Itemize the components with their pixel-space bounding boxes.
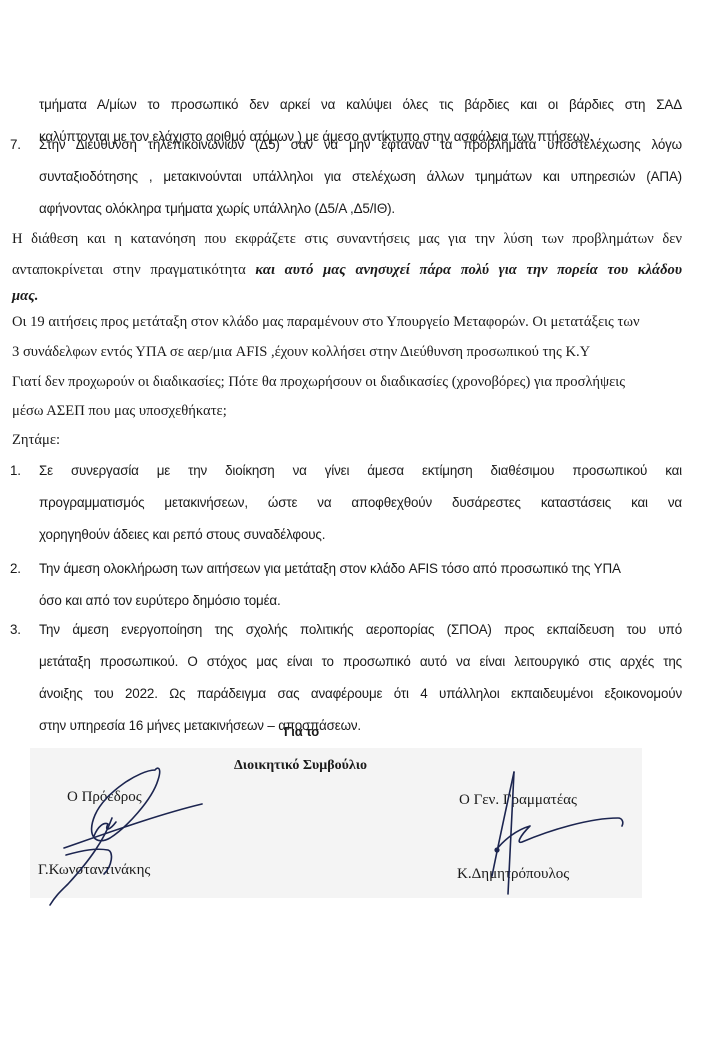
demand-line: Την άμεση ολοκλήρωση των αιτήσεων για με… <box>39 561 621 577</box>
demand-line: Την άμεση ενεργοποίηση της σχολής πολιτι… <box>39 622 682 638</box>
concern-text: ανταποκρίνεται στην πραγματικότητα <box>12 262 255 278</box>
demand-line: Σε συνεργασία με την διοίκηση να γίνει ά… <box>39 463 682 479</box>
transfers-line: Οι 19 αιτήσεις προς μετάταξη στον κλάδο … <box>12 314 640 330</box>
list-item-line: αφήνοντας ολόκληρα τμήματα χωρίς υπάλληλ… <box>39 201 395 217</box>
paragraph-line: τμήματα Α/μίων το προσωπικό δεν αρκεί να… <box>39 97 682 113</box>
list-number: 7. <box>10 137 21 152</box>
demand-line: χορηγηθούν άδειες και ρεπό στους συναδέλ… <box>39 527 325 543</box>
transfers-line: Γιατί δεν προχωρούν οι διαδικασίες; Πότε… <box>12 374 625 390</box>
demand-line: όσο και από τον ευρύτερο δημόσιο τομέα. <box>39 593 281 609</box>
president-title: Ο Πρόεδρος <box>67 789 142 805</box>
transfers-line: 3 συνάδελφων εντός ΥΠΑ σε αερ/μια AFIS ,… <box>12 344 590 360</box>
secretary-name: Κ.Δημητρόπουλος <box>457 866 569 882</box>
concern-line-end: μας. <box>12 288 38 304</box>
document-page: τμήματα Α/μίων το προσωπικό δεν αρκεί να… <box>0 0 720 1040</box>
list-item-line: συνταξιοδότησης , μετακινούνται υπάλληλο… <box>39 169 682 185</box>
concern-line: Η διάθεση και η κατανόηση που εκφράζετε … <box>12 231 682 247</box>
demand-line: μετάταξη προσωπικού. Ο στόχος μας είναι … <box>39 654 682 670</box>
concern-emphasis-end: μας. <box>12 288 38 304</box>
secretary-title: Ο Γεν. Γραμματέας <box>459 792 577 808</box>
list-number: 3. <box>10 622 21 637</box>
concern-emphasis: και αυτό μας ανησυχεί πάρα πολύ για την … <box>255 262 682 278</box>
list-number: 1. <box>10 463 21 478</box>
demand-line: προγραμματισμός μετακινήσεων, ώστε να απ… <box>39 495 682 511</box>
demands-heading: Ζητάμε: <box>12 432 60 448</box>
demand-line: άνοιξης του 2022. Ως παράδειγμα σας αναφ… <box>39 686 682 702</box>
list-number: 2. <box>10 561 21 576</box>
concern-line-emphasis: ανταποκρίνεται στην πραγματικότητα και α… <box>12 262 682 278</box>
president-name: Γ.Κωνσταντινάκης <box>38 862 150 878</box>
transfers-line: μέσω ΑΣΕΠ που μας υποσχεθήκατε; <box>12 403 227 419</box>
board-title: Διοικητικό Συμβούλιο <box>234 758 367 774</box>
list-item-line: Στην Διεύθυνση τηλεπικοινωνιών (Δ5) σαν … <box>39 137 682 153</box>
signature-for-the: Για το <box>284 724 319 740</box>
